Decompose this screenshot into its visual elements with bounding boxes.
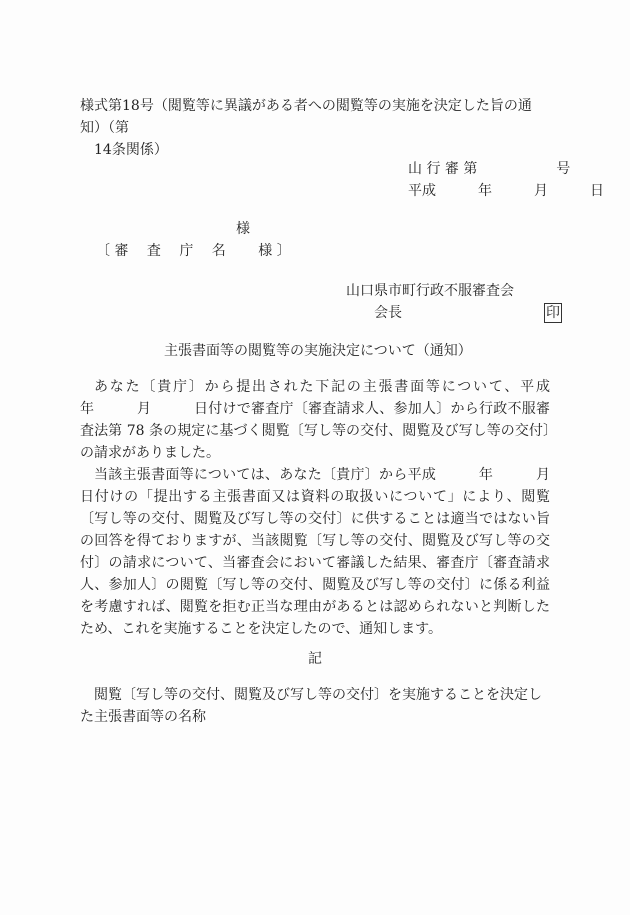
item-description: 閲覧〔写し等の交付、閲覧及び写し等の交付〕を実施することを決定した主張書面等の名…: [80, 684, 550, 728]
issuer-organization: 山口県市町行政不服審査会: [346, 280, 514, 302]
body-paragraph-2: 当該主張書面等については、あなた〔貴庁〕から平成 年 月 日付けの「提出する主張…: [80, 464, 550, 640]
issuer-title: 会長: [374, 305, 542, 321]
recipient-alternative: 〔 審 査 庁 名 様 〕: [96, 240, 291, 262]
seal-icon: 印: [544, 303, 562, 323]
document-subject: 主張書面等の閲覧等の実施決定について（通知）: [164, 340, 472, 362]
recipient-honorific: 様: [236, 218, 250, 240]
body-paragraph-1: あなた〔貴庁〕から提出された下記の主張書面等について、平成 年 月 日付けで審査…: [80, 376, 550, 464]
reference-number: 山 行 審 第 号: [408, 158, 570, 180]
form-title: 様式第18号（閲覧等に異議がある者への閲覧等の実施を決定した旨の通知）（第 14…: [80, 95, 550, 161]
ki-heading: 記: [308, 648, 322, 670]
body-text: あなた〔貴庁〕から提出された下記の主張書面等について、平成 年 月 日付けで審査…: [80, 376, 550, 640]
form-title-line1: 様式第18号（閲覧等に異議がある者への閲覧等の実施を決定した旨の通知）（第: [80, 98, 532, 136]
issuer-signature-line: 会長 印: [374, 302, 562, 324]
issue-date: 平成 年 月 日: [408, 180, 604, 202]
